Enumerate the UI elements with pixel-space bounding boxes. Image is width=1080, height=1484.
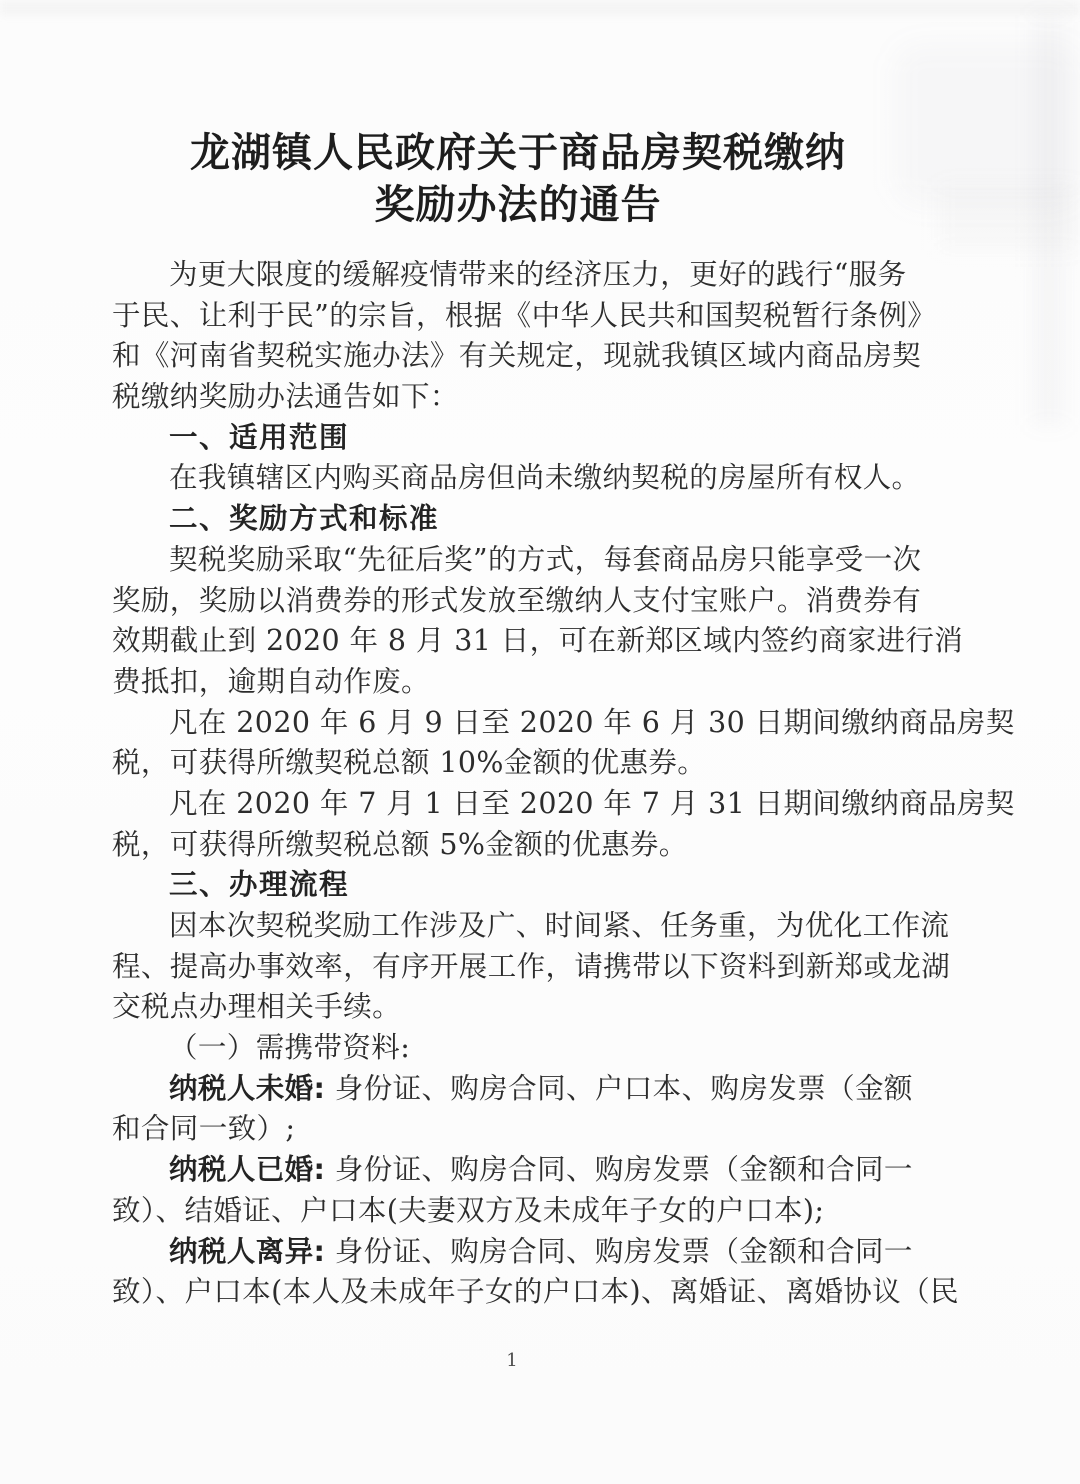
text-line: 契税奖励采取“先征后奖”的方式，每套商品房只能享受一次 — [112, 540, 932, 581]
text-line: 在我镇辖区内购买商品房但尚未缴纳契税的房屋所有权人。 — [112, 458, 932, 499]
text-line: 税缴纳奖励办法通告如下： — [112, 377, 932, 418]
text-line: 程、提高办事效率，有序开展工作，请携带以下资料到新郑或龙湖 — [112, 947, 932, 988]
text-line: 凡在 2020 年 6 月 9 日至 2020 年 6 月 30 日期间缴纳商品… — [112, 703, 932, 744]
document-body: 为更大限度的缓解疫情带来的经济压力，更好的践行“服务于民、让利于民”的宗旨，根据… — [112, 255, 932, 1313]
text-line: 纳税人离异: 身份证、购房合同、购房发票（金额和合同一 — [112, 1232, 932, 1273]
section-heading: 二、奖励方式和标准 — [112, 499, 932, 540]
section-heading: 一、适用范围 — [112, 418, 932, 459]
text-line: 奖励，奖励以消费券的形式发放至缴纳人支付宝账户。消费券有 — [112, 581, 932, 622]
text-line: 于民、让利于民”的宗旨，根据《中华人民共和国契税暂行条例》 — [112, 296, 932, 337]
scan-artifact-patch — [938, 185, 1080, 250]
bold-label: 纳税人离异: — [169, 1235, 325, 1268]
text-line: 和合同一致）; — [112, 1109, 932, 1150]
text-line: 纳税人未婚: 身份证、购房合同、户口本、购房发票（金额 — [112, 1069, 932, 1110]
document-title: 龙湖镇人民政府关于商品房契税缴纳 奖励办法的通告 — [112, 127, 924, 231]
text-line: 凡在 2020 年 7 月 1 日至 2020 年 7 月 31 日期间缴纳商品… — [112, 784, 932, 825]
document-title-line-2: 奖励办法的通告 — [112, 179, 924, 231]
text-line: （一）需携带资料: — [112, 1028, 932, 1069]
text-line: 致）、结婚证、户口本(夫妻双方及未成年子女的户口本); — [112, 1191, 932, 1232]
section-heading: 三、办理流程 — [112, 865, 932, 906]
text-line: 效期截止到 2020 年 8 月 31 日，可在新郑区域内签约商家进行消 — [112, 621, 932, 662]
text-line: 交税点办理相关手续。 — [112, 987, 932, 1028]
page-number: 1 — [0, 1350, 1024, 1371]
scan-artifact-top-band — [0, 0, 1080, 16]
text-line: 税，可获得所缴契税总额 10%金额的优惠券。 — [112, 743, 932, 784]
text-line: 为更大限度的缓解疫情带来的经济压力，更好的践行“服务 — [112, 255, 932, 296]
text-line: 因本次契税奖励工作涉及广、时间紧、任务重，为优化工作流 — [112, 906, 932, 947]
scan-artifact-streak — [1032, 15, 1066, 425]
text-line: 纳税人已婚: 身份证、购房合同、购房发票（金额和合同一 — [112, 1150, 932, 1191]
text-line: 和《河南省契税实施办法》有关规定，现就我镇区域内商品房契 — [112, 336, 932, 377]
text-line: 税，可获得所缴契税总额 5%金额的优惠券。 — [112, 825, 932, 866]
text-line: 费抵扣，逾期自动作废。 — [112, 662, 932, 703]
bold-label: 纳税人未婚: — [169, 1072, 325, 1105]
document-title-line-1: 龙湖镇人民政府关于商品房契税缴纳 — [112, 127, 924, 179]
bold-label: 纳税人已婚: — [169, 1153, 325, 1186]
text-line: 致）、户口本(本人及未成年子女的户口本)、离婚证、离婚协议（民 — [112, 1272, 932, 1313]
scanned-document-page: 龙湖镇人民政府关于商品房契税缴纳 奖励办法的通告 为更大限度的缓解疫情带来的经济… — [0, 0, 1080, 1484]
